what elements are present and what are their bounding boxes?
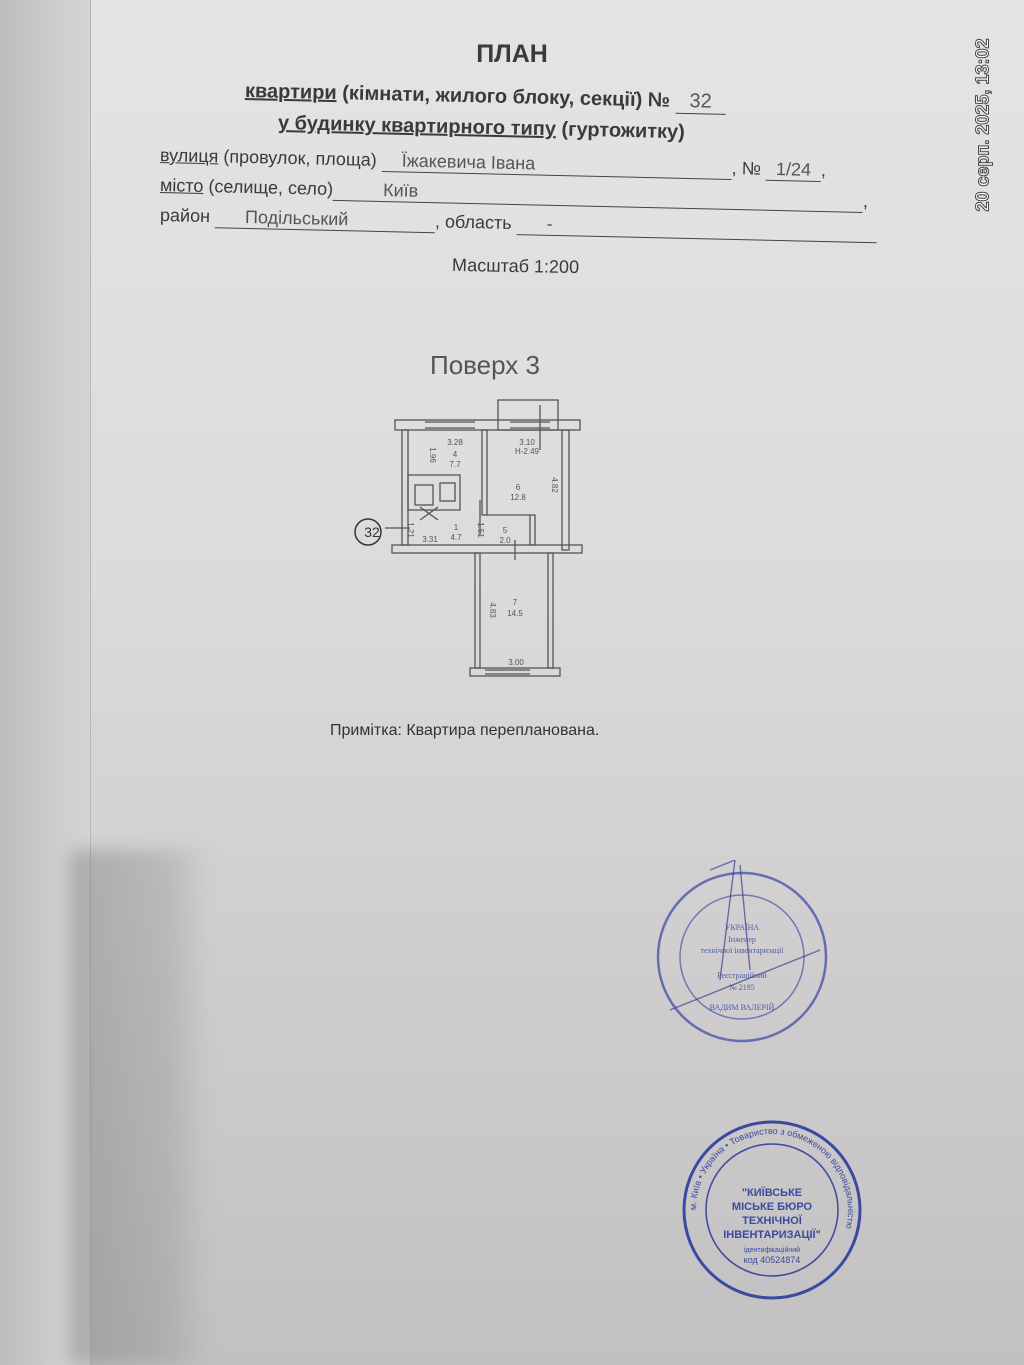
- svg-text:H-2.49: H-2.49: [515, 447, 540, 456]
- note-text: Примітка: Квартира перепланована.: [330, 722, 599, 740]
- svg-text:2.0: 2.0: [499, 536, 511, 545]
- svg-text:МІСЬКЕ БЮРО: МІСЬКЕ БЮРО: [732, 1201, 813, 1213]
- document-title: ПЛАН: [0, 40, 1024, 69]
- svg-text:4.83: 4.83: [488, 602, 497, 618]
- hand-shadow: [70, 850, 210, 1365]
- scale-label: Масштаб 1:200: [452, 255, 579, 278]
- svg-text:ВАДИМ ВАЛЕРІЙ: ВАДИМ ВАЛЕРІЙ: [710, 1003, 775, 1012]
- svg-text:6: 6: [516, 483, 521, 492]
- svg-text:УКРАЇНА: УКРАЇНА: [725, 923, 760, 932]
- svg-text:1.96: 1.96: [428, 447, 437, 463]
- svg-text:3.31: 3.31: [422, 535, 438, 544]
- svg-text:7.7: 7.7: [449, 460, 461, 469]
- svg-text:5: 5: [503, 526, 508, 535]
- svg-text:3.00: 3.00: [508, 658, 524, 667]
- svg-text:3.28: 3.28: [447, 438, 463, 447]
- svg-text:4.7: 4.7: [450, 533, 462, 542]
- svg-text:код 40524874: код 40524874: [744, 1255, 801, 1265]
- svg-text:"КИЇВСЬКЕ: "КИЇВСЬКЕ: [742, 1186, 802, 1199]
- house-number: 1/24: [766, 159, 821, 182]
- svg-text:ідентифікаційний: ідентифікаційний: [744, 1246, 800, 1254]
- bti-seal: м. Київ • Україна • Товариство з обмежен…: [680, 1118, 865, 1303]
- svg-text:1.21: 1.21: [406, 522, 415, 538]
- svg-text:Реєстраційний: Реєстраційний: [717, 971, 767, 980]
- floor-label: Поверх 3: [430, 350, 540, 381]
- svg-text:32: 32: [364, 524, 380, 540]
- svg-text:12.8: 12.8: [510, 493, 526, 502]
- svg-text:7: 7: [513, 598, 518, 607]
- apartment-number: 32: [675, 90, 726, 115]
- svg-text:№ 2195: № 2195: [729, 983, 755, 992]
- svg-text:1.51: 1.51: [476, 522, 485, 538]
- svg-text:технічної інвентаризації: технічної інвентаризації: [701, 946, 785, 955]
- svg-text:4: 4: [453, 450, 458, 459]
- svg-text:Інженер: Інженер: [728, 935, 756, 944]
- engineer-seal: УКРАЇНА Інженер технічної інвентаризації…: [650, 860, 835, 1045]
- floor-plan: 32 3.28 1.96 4 7.7 3.10 H-2.49 6 12.8 4.…: [350, 395, 600, 695]
- svg-text:ІНВЕНТАРИЗАЦІЇ": ІНВЕНТАРИЗАЦІЇ": [723, 1228, 821, 1241]
- svg-text:3.10: 3.10: [519, 438, 535, 447]
- svg-text:ТЕХНІЧНОЇ: ТЕХНІЧНОЇ: [742, 1214, 803, 1227]
- svg-text:14.5: 14.5: [507, 609, 523, 618]
- svg-text:4.82: 4.82: [550, 477, 559, 493]
- svg-text:1: 1: [454, 523, 459, 532]
